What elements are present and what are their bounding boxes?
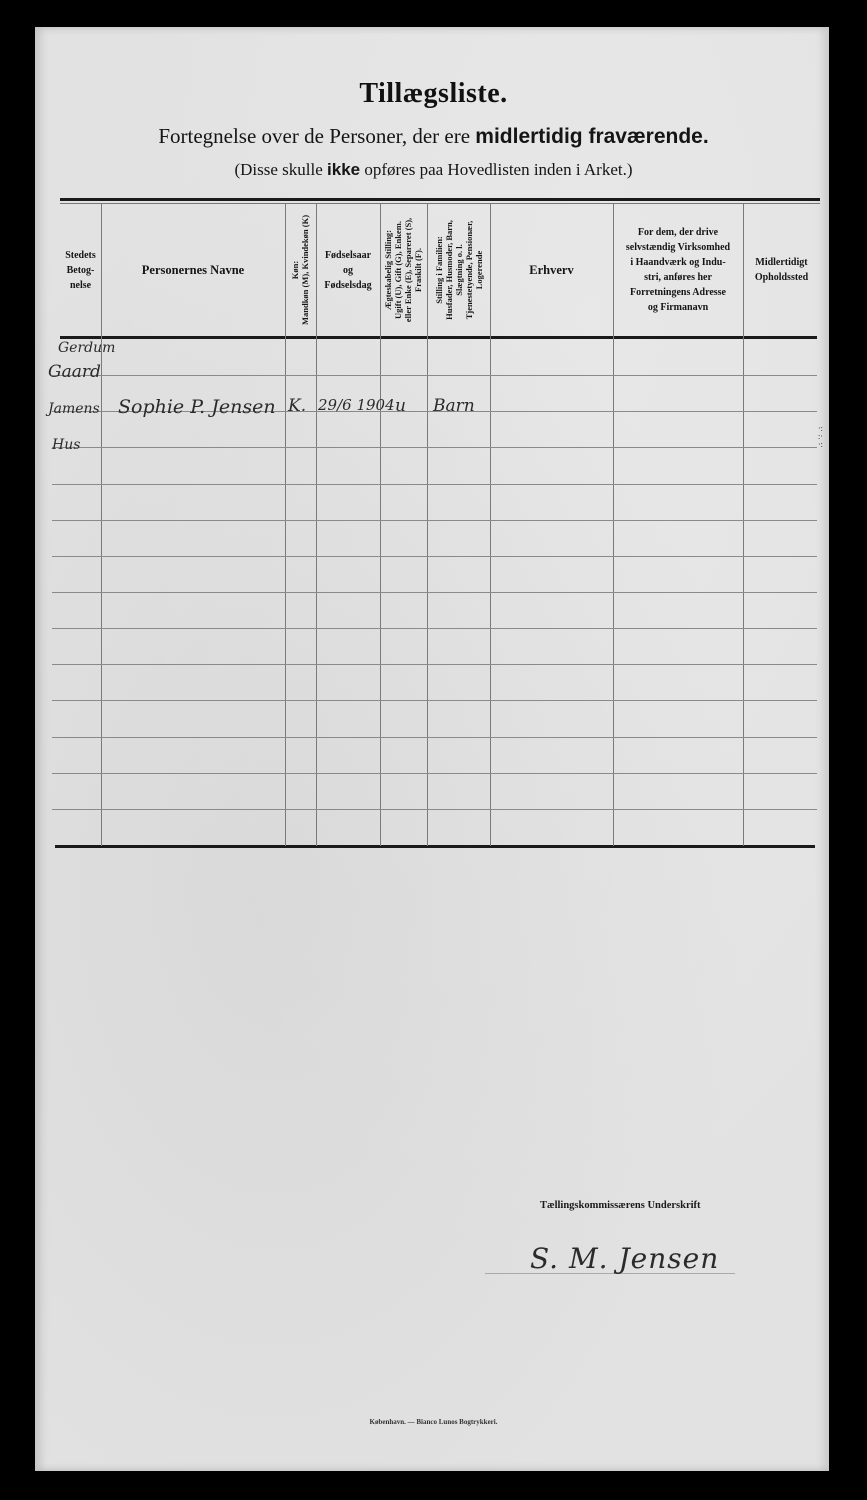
- note-bold: ikke: [327, 160, 360, 179]
- table-bottom-rule: [55, 845, 815, 848]
- header-opholdssted-line: Opholdssted: [755, 270, 808, 285]
- row-line: [52, 773, 817, 774]
- header-koen-line: Mandkøn (M), Kvindekøn (K): [301, 215, 311, 325]
- row-line: [52, 447, 817, 448]
- header-aegteskab: Ægteskabelig Stilling: Ugift (U), Gift (…: [380, 204, 427, 336]
- note-before: (Disse skulle: [234, 160, 327, 179]
- entry-koen: K.: [288, 396, 306, 416]
- header-koen: Køn: Mandkøn (M), Kvindekøn (K): [285, 204, 316, 336]
- row-line: [52, 700, 817, 701]
- header-familie-line: Tjenestetyende, Pensionær,: [464, 220, 474, 320]
- form-subtitle: Fortegnelse over de Personer, der ere mi…: [0, 124, 867, 149]
- note-after: opføres paa Hovedlisten inden i Arket.): [360, 160, 632, 179]
- header-foedsel-line: og: [324, 263, 371, 278]
- header-foedsel: Fødselsaar og Fødselsdag: [316, 204, 380, 336]
- subtitle-plain: Fortegnelse over de Personer, der ere: [158, 124, 475, 148]
- row-line: [52, 809, 817, 810]
- header-aegteskab-line: Fraskilt (F).: [414, 218, 424, 322]
- header-foedsel-line: Fødselsdag: [324, 278, 371, 293]
- signature-label: Tællingskommissærens Underskrift: [540, 1200, 701, 1211]
- row-line: [52, 628, 817, 629]
- entry-sted-line: Hus: [52, 437, 80, 453]
- margin-marks: ·::··:: [818, 425, 823, 449]
- form-note: (Disse skulle ikke opføres paa Hovedlist…: [0, 160, 867, 180]
- subtitle-bold: midlertidig fraværende.: [475, 125, 708, 148]
- header-erhverv: Erhverv: [490, 204, 613, 336]
- header-aegteskab-line: eller Enke (E), Separeret (S),: [404, 218, 414, 322]
- table-header-rule: [60, 336, 817, 339]
- header-virksomhed-line: Forretningens Adresse: [626, 285, 730, 300]
- row-line: [52, 592, 817, 593]
- entry-sted-line: Gaard: [48, 362, 101, 382]
- header-sted-line: Betog-: [65, 263, 96, 278]
- row-line: [52, 375, 817, 376]
- entry-navn: Sophie P. Jensen: [118, 396, 276, 418]
- form-title: Tillægsliste.: [0, 78, 867, 110]
- entry-sted-line: Gerdum: [58, 340, 115, 356]
- header-familie-line: Husfader, Husmoder, Barn,: [444, 220, 454, 320]
- header-virksomhed-line: og Firmanavn: [626, 300, 730, 315]
- header-foedsel-line: Fødselsaar: [324, 248, 371, 263]
- row-line: [52, 520, 817, 521]
- header-familie-line: Stilling i Familien:: [434, 220, 444, 320]
- row-line: [52, 737, 817, 738]
- header-sted: Stedets Betog- nelse: [60, 204, 101, 336]
- header-sted-line: nelse: [65, 278, 96, 293]
- signature: S. M. Jensen: [530, 1242, 719, 1275]
- entry-familie: Barn: [433, 396, 475, 416]
- header-sted-line: Stedets: [65, 248, 96, 263]
- header-familie: Stilling i Familien: Husfader, Husmoder,…: [427, 204, 490, 336]
- header-virksomhed: For dem, der drive selvstændig Virksomhe…: [613, 204, 743, 336]
- header-familie-line: Logerende: [474, 220, 484, 320]
- row-line: [52, 664, 817, 665]
- header-virksomhed-line: For dem, der drive: [626, 225, 730, 240]
- entry-aegteskab: u: [395, 396, 406, 416]
- header-navn: Personernes Navne: [101, 204, 285, 336]
- header-virksomhed-line: selvstændig Virksomhed: [626, 240, 730, 255]
- row-line: [52, 484, 817, 485]
- header-koen-line: Køn:: [291, 215, 301, 325]
- header-familie-line: Slægtning o. l.: [454, 220, 464, 320]
- row-line: [52, 556, 817, 557]
- header-opholdssted: Midlertidigt Opholdssted: [743, 204, 820, 336]
- header-virksomhed-line: stri, anføres her: [626, 270, 730, 285]
- table-top-rule: [60, 198, 820, 201]
- printer-imprint: København. — Bianco Lunos Bogtrykkeri.: [0, 1418, 867, 1426]
- entry-foedsel: 29/6 1904: [318, 396, 395, 414]
- entry-sted-line: Jamens: [48, 401, 100, 417]
- header-aegteskab-line: Ugift (U), Gift (G), Enkem.: [394, 218, 404, 322]
- header-aegteskab-line: Ægteskabelig Stilling:: [384, 218, 394, 322]
- header-opholdssted-line: Midlertidigt: [755, 255, 808, 270]
- header-virksomhed-line: i Haandværk og Indu-: [626, 255, 730, 270]
